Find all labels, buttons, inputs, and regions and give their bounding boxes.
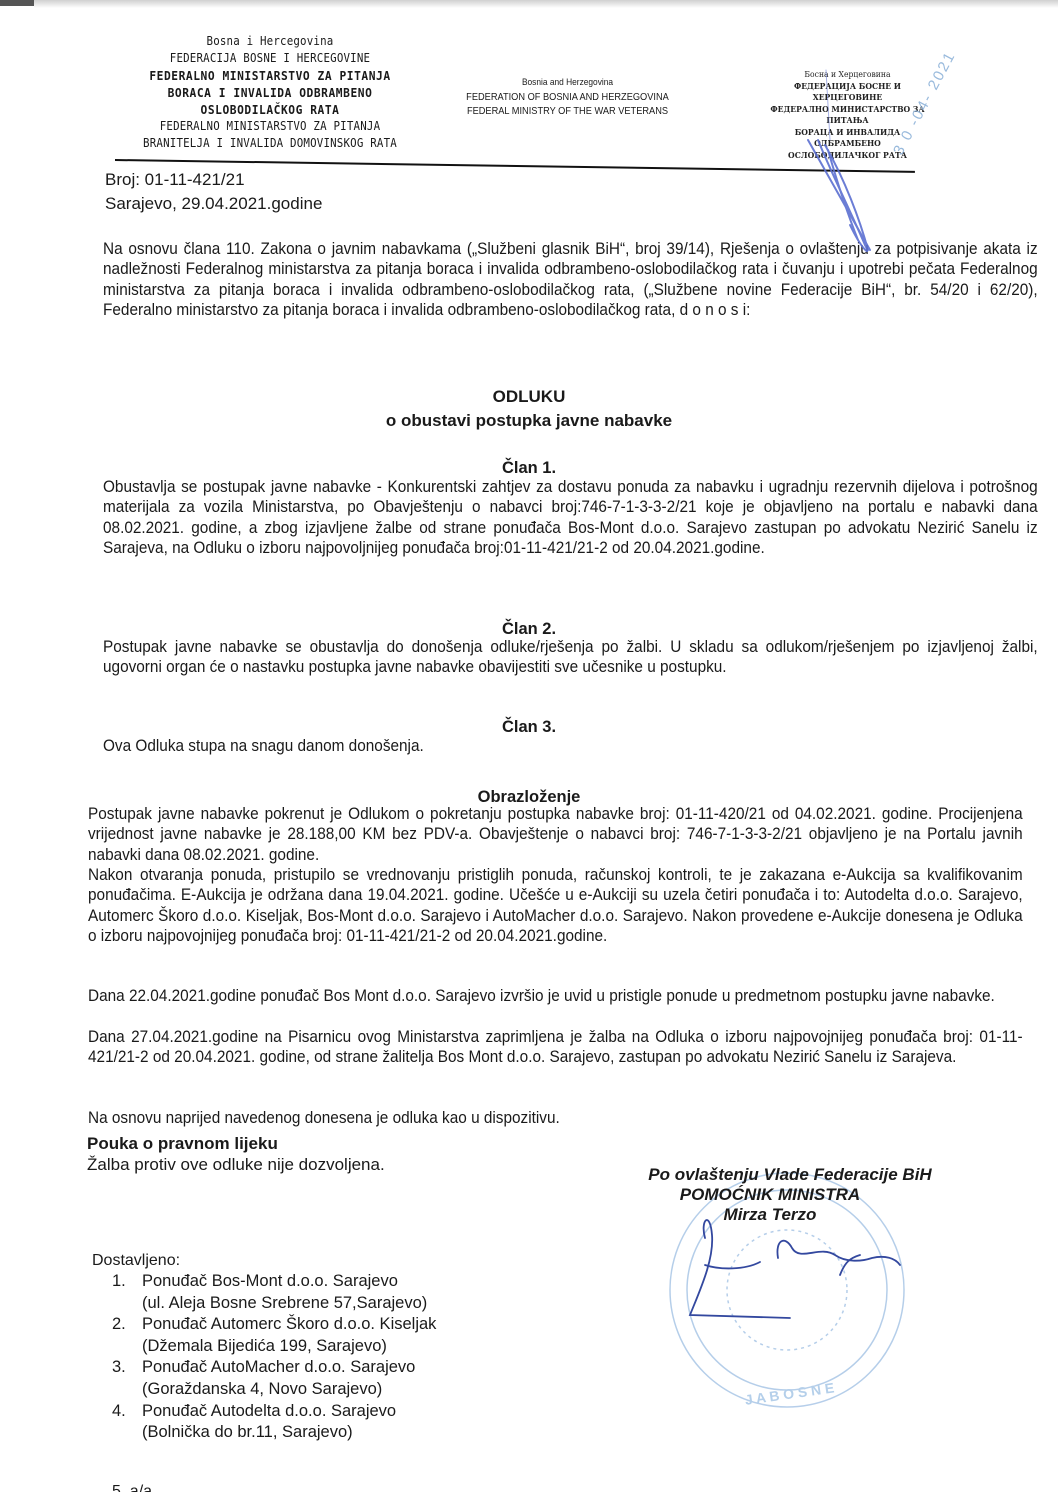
distribution-list: 1. Ponuđač Bos-Mont d.o.o. Sarajevo (ul.…	[112, 1271, 436, 1444]
recipient-address: (ul. Aleja Bosne Srebrene 57,Sarajevo)	[112, 1293, 436, 1315]
signature-position: POMOĆNIK MINISTRA	[600, 1185, 980, 1205]
recipient-name: Ponuđač AutoMacher d.o.o. Sarajevo	[142, 1357, 415, 1379]
scan-shadow	[34, 0, 1058, 8]
letterhead-bosnian: Bosna i Hercegovina FEDERACIJA BOSNE I H…	[126, 33, 414, 152]
letterhead-country-cyr: Босна и Херцеговина	[764, 70, 931, 82]
letterhead-ministry-line3: OSLOBODILAČKOG RATA	[126, 101, 414, 118]
article-2-text: Postupak javne nabavke se obustavlja do …	[103, 637, 1038, 678]
signature-authority: Po ovlaštenju Vlade Federacije BiH	[600, 1165, 980, 1185]
document-number: Broj: 01-11-421/21	[105, 168, 322, 192]
letterhead-english: Bosnia and Herzegovina FEDERATION OF BOS…	[460, 76, 676, 118]
svg-text:J A B O S N E: J A B O S N E	[744, 1379, 835, 1407]
distribution-item-cut-off: 5. a/a	[112, 1482, 152, 1492]
item-number: 3.	[112, 1357, 142, 1379]
article-3-heading: Član 3.	[0, 718, 1058, 737]
article-3-text: Ova Odluka stupa na snagu danom donošenj…	[103, 736, 1038, 756]
letterhead-ministry-line2: BORACA I INVALIDA ODBRAMBENO	[126, 84, 414, 101]
recipient-address: (Goraždanska 4, Novo Sarajevo)	[112, 1379, 436, 1401]
letterhead-federation: FEDERACIJA BOSNE I HERCEGOVINE	[126, 50, 414, 67]
item-number: 1.	[112, 1271, 142, 1293]
article-1-text: Obustavlja se postupak javne nabavke - K…	[103, 477, 1038, 558]
letterhead-croatian-line1: FEDERALNO MINISTARSTVO ZA PITANJA	[126, 118, 414, 135]
letterhead-federation-en: FEDERATION OF BOSNIA AND HERZEGOVINA	[460, 90, 676, 104]
distribution-label: Dostavljeno:	[92, 1250, 180, 1271]
distribution-item: 1. Ponuđač Bos-Mont d.o.o. Sarajevo	[112, 1271, 436, 1293]
recipient-name: Ponuđač Autodelta d.o.o. Sarajevo	[142, 1401, 396, 1423]
distribution-item: 2. Ponuđač Automerc Škoro d.o.o. Kiselja…	[112, 1314, 436, 1336]
letterhead-croatian-line2: BRANITELJA I INVALIDA DOMOVINSKOG RATA	[126, 135, 414, 152]
item-number: 4.	[112, 1401, 142, 1423]
decision-title: ODLUKU	[0, 387, 1058, 407]
signature-block: Po ovlaštenju Vlade Federacije BiH POMOĆ…	[600, 1165, 980, 1225]
reasoning-paragraph-3: Dana 22.04.2021.godine ponuđač Bos Mont …	[88, 986, 1023, 1006]
scan-edge	[0, 0, 34, 6]
letterhead-ministry-line1: FEDERALNO MINISTARSTVO ZA PITANJA	[126, 67, 414, 84]
decision-subtitle: o obustavi postupka javne nabavke	[0, 411, 1058, 431]
recipient-address: (Bolnička do br.11, Sarajevo)	[112, 1422, 436, 1444]
item-number: 2.	[112, 1314, 142, 1336]
reasoning-paragraph-2: Nakon otvaranja ponuda, pristupilo se vr…	[88, 865, 1023, 946]
letterhead-federation-cyr: ФЕДЕРАЦИЈА БОСНЕ И ХЕРЦЕГОВИНЕ	[764, 82, 931, 105]
distribution-item: 3. Ponuđač AutoMacher d.o.o. Sarajevo	[112, 1357, 436, 1379]
recipient-name: Ponuđač Automerc Škoro d.o.o. Kiseljak	[142, 1314, 436, 1336]
reasoning-paragraph-4: Dana 27.04.2021.godine na Pisarnicu ovog…	[88, 1027, 1023, 1068]
recipient-name: Ponuđač Bos-Mont d.o.o. Sarajevo	[142, 1271, 398, 1293]
distribution-item: 4. Ponuđač Autodelta d.o.o. Sarajevo	[112, 1401, 436, 1423]
legal-remedy-heading: Pouka o pravnom lijeku	[87, 1134, 278, 1154]
letterhead-country-en: Bosnia and Herzegovina	[460, 76, 676, 90]
letterhead-country: Bosna i Hercegovina	[126, 33, 414, 50]
article-1-heading: Član 1.	[0, 459, 1058, 478]
preamble: Na osnovu člana 110. Zakona o javnim nab…	[103, 239, 1038, 320]
document-reference: Broj: 01-11-421/21 Sarajevo, 29.04.2021.…	[105, 168, 322, 216]
legal-remedy-text: Žalba protiv ove odluke nije dozvoljena.	[87, 1155, 385, 1175]
reasoning-paragraph-5: Na osnovu naprijed navedenog donesena je…	[88, 1108, 1023, 1128]
document-place-date: Sarajevo, 29.04.2021.godine	[105, 192, 322, 216]
reasoning-paragraph-1: Postupak javne nabavke pokrenut je Odluk…	[88, 804, 1023, 865]
recipient-address: (Džemala Bijedića 199, Sarajevo)	[112, 1336, 436, 1358]
letterhead-ministry-en: FEDERAL MINISTRY OF THE WAR VETERANS	[460, 104, 676, 118]
signature-name: Mirza Terzo	[600, 1205, 980, 1225]
